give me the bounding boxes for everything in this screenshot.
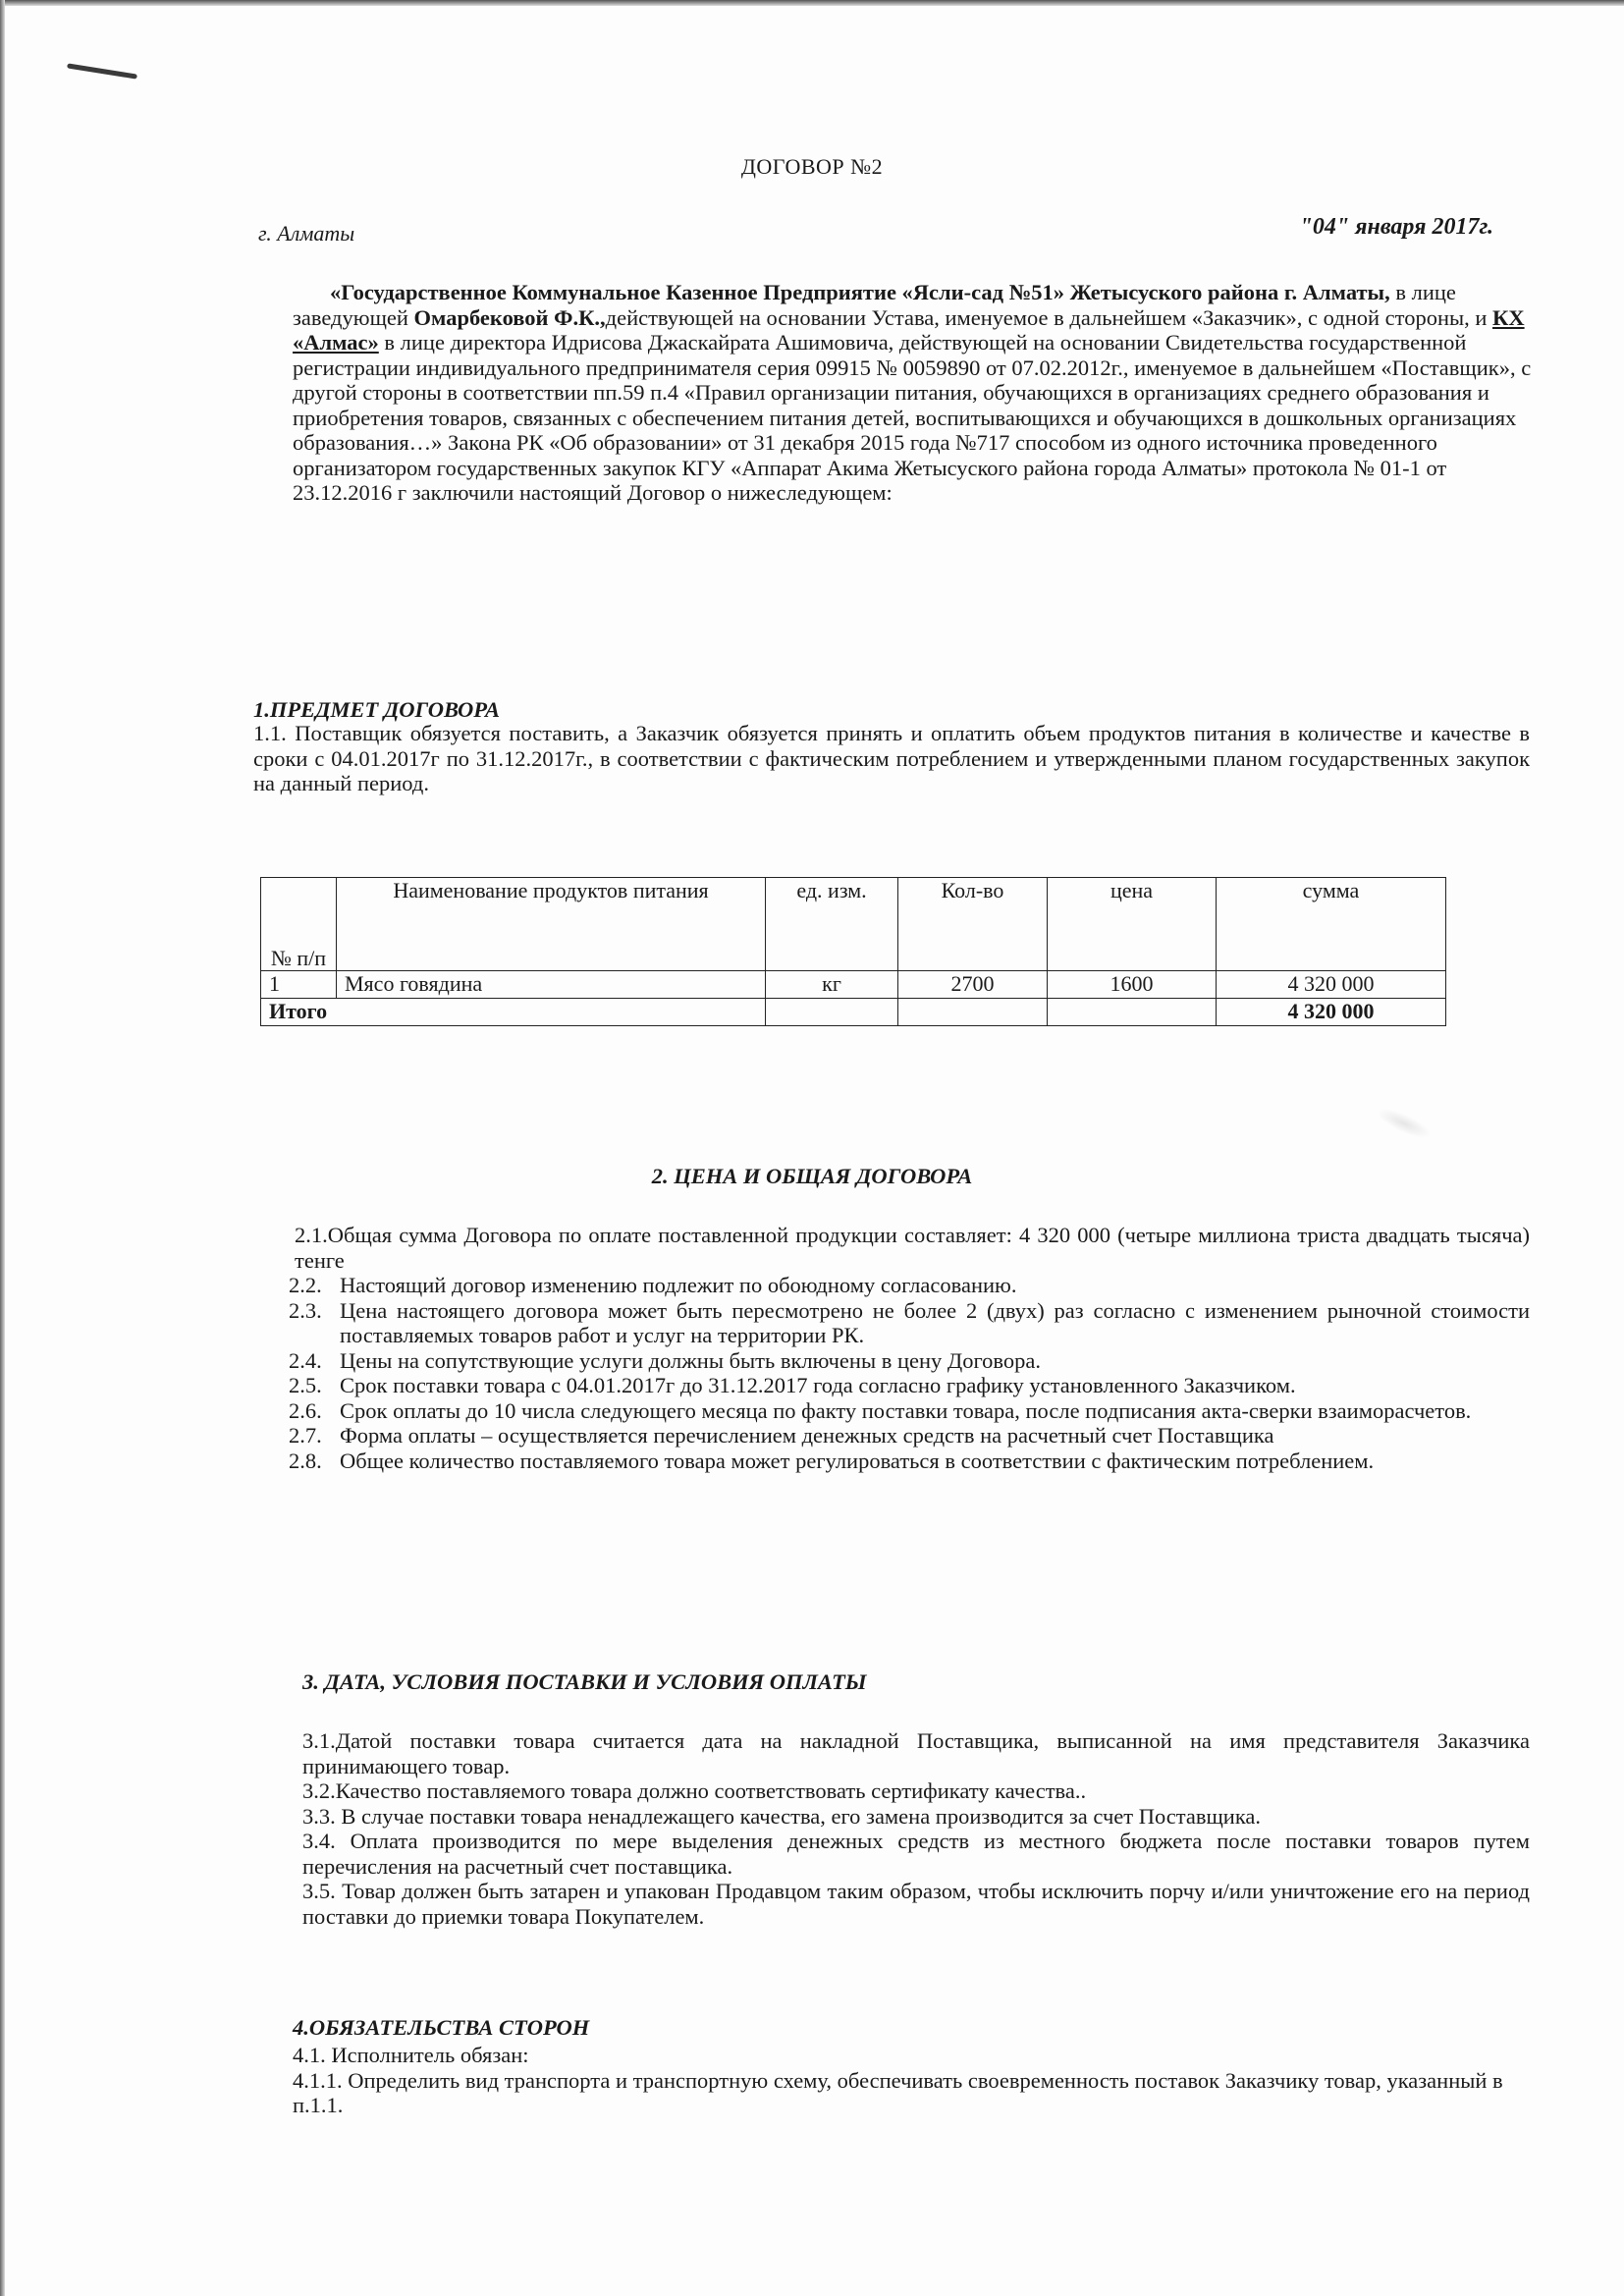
section-4-list: 4.1. Исполнитель обязан: 4.1.1. Определи… xyxy=(293,2043,1530,2118)
list-item: 2.2.Настоящий договор изменению подлежит… xyxy=(289,1273,1530,1298)
cell-sum: 4 320 000 xyxy=(1217,971,1446,999)
list-item: 3.5. Товар должен быть затарен и упакова… xyxy=(302,1879,1530,1929)
list-item: 4.1.1. Определить вид транспорта и транс… xyxy=(293,2068,1530,2118)
list-item: 2.1.Общая сумма Договора по оплате поста… xyxy=(295,1223,1530,1273)
document-city: г. Алматы xyxy=(258,221,354,246)
item-text: Настоящий договор изменению подлежит по … xyxy=(340,1273,1530,1298)
customer-head: Омарбековой Ф.К., xyxy=(414,305,606,330)
table-total-row: Итого 4 320 000 xyxy=(261,999,1446,1026)
item-text: Цена настоящего договора может быть пере… xyxy=(340,1298,1530,1348)
section-4-heading: 4.ОБЯЗАТЕЛЬСТВА СТОРОН xyxy=(293,2015,589,2041)
section-2-heading: 2. ЦЕНА И ОБЩАЯ ДОГОВОРА xyxy=(0,1164,1624,1189)
item-number: 2.3. xyxy=(289,1298,340,1348)
cell-empty xyxy=(898,999,1048,1026)
section-1-paragraph: 1.1. Поставщик обязуется поставить, а За… xyxy=(253,721,1530,796)
cell-unit: кг xyxy=(766,971,898,999)
list-item: 2.7.Форма оплаты – осуществляется перечи… xyxy=(289,1423,1530,1449)
list-item: 2.5.Срок поставки товара с 04.01.2017г д… xyxy=(289,1373,1530,1398)
section-2-list: 2.1.Общая сумма Договора по оплате поста… xyxy=(295,1223,1530,1473)
item-text: Срок оплаты до 10 числа следующего месяц… xyxy=(340,1398,1530,1424)
list-item: 2.8.Общее количество поставляемого товар… xyxy=(289,1449,1530,1474)
header-qty: Кол-во xyxy=(898,878,1048,971)
scan-edge xyxy=(0,0,5,2296)
item-text: Форма оплаты – осуществляется перечислен… xyxy=(340,1423,1530,1449)
header-unit: ед. изм. xyxy=(766,878,898,971)
header-num: № п/п xyxy=(261,878,337,971)
list-item: 2.3.Цена настоящего договора может быть … xyxy=(289,1298,1530,1348)
total-sum: 4 320 000 xyxy=(1217,999,1446,1026)
item-number: 2.2. xyxy=(289,1273,340,1298)
table-header-row: № п/п Наименование продуктов питания ед.… xyxy=(261,878,1446,971)
list-item: 3.4. Оплата производится по мере выделен… xyxy=(302,1829,1530,1879)
cell-empty xyxy=(1048,999,1217,1026)
scan-edge xyxy=(0,0,1624,6)
item-text: Общее количество поставляемого товара мо… xyxy=(340,1449,1530,1474)
pen-mark xyxy=(67,63,137,79)
table-row: 1 Мясо говядина кг 2700 1600 4 320 000 xyxy=(261,971,1446,999)
item-number: 2.6. xyxy=(289,1398,340,1424)
header-name: Наименование продуктов питания xyxy=(337,878,766,971)
item-number: 2.4. xyxy=(289,1348,340,1374)
list-item: 2.4.Цены на сопутствующие услуги должны … xyxy=(289,1348,1530,1374)
document-title: ДОГОВОР №2 xyxy=(0,154,1624,180)
section-3-heading: 3. ДАТА, УСЛОВИЯ ПОСТАВКИ И УСЛОВИЯ ОПЛА… xyxy=(302,1669,867,1695)
cell-empty xyxy=(766,999,898,1026)
customer-name: «Государственное Коммунальное Казенное П… xyxy=(330,280,1390,304)
list-item: 3.3. В случае поставки товара ненадлежащ… xyxy=(302,1804,1530,1830)
item-number: 2.1. xyxy=(295,1223,328,1247)
cell-name: Мясо говядина xyxy=(337,971,766,999)
goods-table: № п/п Наименование продуктов питания ед.… xyxy=(260,877,1446,1026)
cell-price: 1600 xyxy=(1048,971,1217,999)
item-number: 2.7. xyxy=(289,1423,340,1449)
total-label: Итого xyxy=(261,999,766,1026)
preamble: «Государственное Коммунальное Казенное П… xyxy=(293,280,1542,506)
list-item: 3.1.Датой поставки товара считается дата… xyxy=(302,1728,1530,1778)
item-text: Цены на сопутствующие услуги должны быть… xyxy=(340,1348,1530,1374)
header-price: цена xyxy=(1048,878,1217,971)
document-date: "04" января 2017г. xyxy=(1300,214,1493,241)
preamble-text: в лице директора Идрисова Джаскайрата Аш… xyxy=(293,330,1531,505)
section-1-heading: 1.ПРЕДМЕТ ДОГОВОРА xyxy=(253,697,500,723)
item-number: 2.8. xyxy=(289,1449,340,1474)
list-item: 4.1. Исполнитель обязан: xyxy=(293,2043,1530,2068)
header-sum: сумма xyxy=(1217,878,1446,971)
list-item: 3.2.Качество поставляемого товара должно… xyxy=(302,1778,1530,1804)
item-text: Общая сумма Договора по оплате поставлен… xyxy=(295,1223,1530,1273)
scan-smudge xyxy=(1374,1103,1435,1144)
item-text: Срок поставки товара с 04.01.2017г до 31… xyxy=(340,1373,1530,1398)
cell-num: 1 xyxy=(261,971,337,999)
section-3-list: 3.1.Датой поставки товара считается дата… xyxy=(302,1728,1530,1929)
cell-qty: 2700 xyxy=(898,971,1048,999)
list-item: 2.6.Срок оплаты до 10 числа следующего м… xyxy=(289,1398,1530,1424)
preamble-text: действующей на основании Устава, именуем… xyxy=(606,305,1492,330)
item-number: 2.5. xyxy=(289,1373,340,1398)
